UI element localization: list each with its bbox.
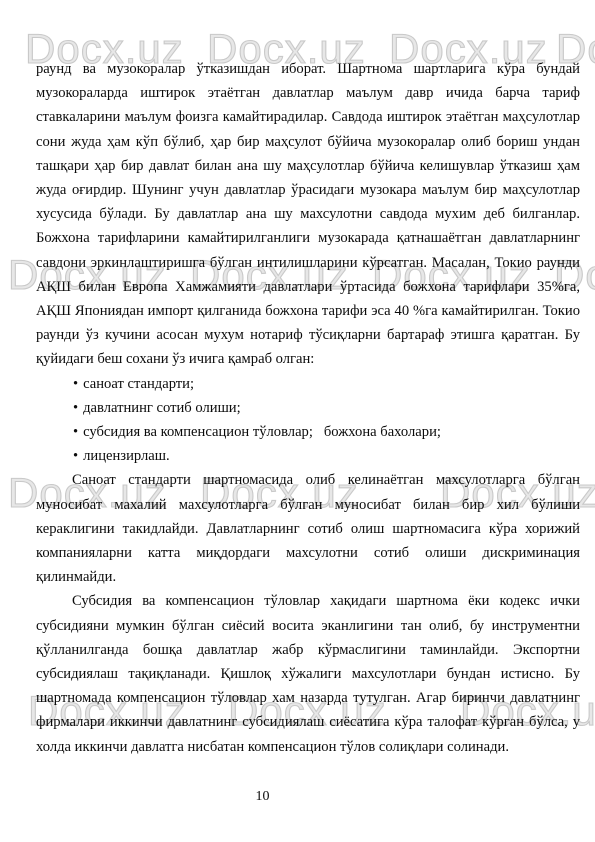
bullet-marker: • bbox=[73, 424, 78, 440]
paragraph-subsidy: Субсидия ва компенсацион тўловлар хақида… bbox=[36, 589, 580, 758]
bullet-marker: • bbox=[73, 400, 78, 416]
document-body: раунд ва музокоралар ўтказишдан иборат. … bbox=[36, 57, 580, 759]
page-number: 10 bbox=[0, 789, 525, 805]
bullet-marker: • bbox=[73, 448, 78, 464]
bullet-text: субсидия ва компенсацион тўловлар; божхо… bbox=[83, 424, 441, 440]
bullet-item: •давлатнинг сотиб олиши; bbox=[36, 396, 580, 420]
bullet-item: •лицензирлаш. bbox=[36, 444, 580, 468]
bullet-list: •саноат стандарти; •давлатнинг сотиб оли… bbox=[36, 372, 580, 469]
bullet-text: лицензирлаш. bbox=[83, 448, 170, 464]
document-page: Docx.uz Docx.uz Docx.uz Docx.uz Docx.uz … bbox=[0, 0, 595, 842]
bullet-text: давлатнинг сотиб олиши; bbox=[83, 400, 241, 416]
bullet-marker: • bbox=[73, 376, 78, 392]
paragraph-rounds: раунд ва музокоралар ўтказишдан иборат. … bbox=[36, 57, 580, 372]
paragraph-industry-standard: Саноат стандарти шартномасида олиб келин… bbox=[36, 468, 580, 589]
bullet-item: •саноат стандарти; bbox=[36, 372, 580, 396]
bullet-item: •субсидия ва компенсацион тўловлар; божх… bbox=[36, 420, 580, 444]
bullet-text: саноат стандарти; bbox=[83, 376, 194, 392]
